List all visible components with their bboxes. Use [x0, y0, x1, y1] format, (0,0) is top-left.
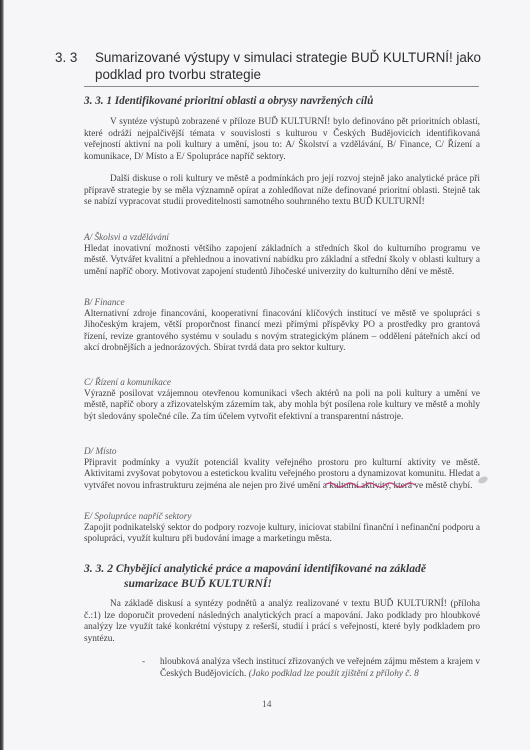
area-e: E/ Spolupráce napříč sektory Zapojit pod…	[84, 511, 480, 546]
subsection-1-title: 3. 3. 1 Identifikované prioritní oblasti…	[84, 94, 484, 109]
paragraph-text: V syntéze výstupů zobrazené v příloze BU…	[84, 117, 480, 162]
subsection-2-title-line1: 3. 3. 2 Chybějící analytické práce a map…	[84, 562, 426, 575]
area-a-text: Hledat inovativní možnosti většího zapoj…	[84, 244, 480, 277]
area-b-title: B/ Finance	[84, 297, 480, 309]
area-b: B/ Finance Alternativní zdroje financová…	[84, 297, 480, 355]
bullet-dash: -	[142, 657, 145, 669]
area-d-text: Připravit podmínky a využít potenciál kv…	[84, 458, 480, 491]
subsection-2-title-line2: sumarizace BUĎ KULTURNÍ!	[84, 577, 480, 592]
area-c-text: Výrazně posilovat vzájemnou otevřenou ko…	[84, 389, 480, 422]
area-d: D/ Místo Připravit podmínky a využít pot…	[84, 446, 480, 492]
area-a-title: A/ Školsvi a vzdělávání	[84, 232, 480, 244]
section-number: 3. 3	[55, 49, 77, 66]
area-c-title: C/ Řízení a komunikace	[84, 377, 480, 389]
area-d-title: D/ Místo	[84, 446, 480, 458]
paragraph-text: Další diskuse o roli kultury ve městě a …	[84, 174, 480, 207]
bullet-note: (Jako podklad lze použít zjištění z příl…	[249, 669, 419, 679]
paragraph-text: Na základě diskusí a syntézy podnětů a a…	[84, 599, 480, 644]
intro-paragraph-1: V syntéze výstupů zobrazené v příloze BU…	[84, 117, 480, 163]
section-heading: 3. 3 Sumarizované výstupy v simulaci str…	[95, 49, 490, 83]
bullet-item: - hloubková analýza všech institucí zřiz…	[160, 657, 480, 680]
intro-paragraph-2: Další diskuse o roli kultury ve městě a …	[84, 174, 480, 209]
area-a: A/ Školsvi a vzdělávání Hledat inovativn…	[84, 232, 480, 278]
heading-divider	[84, 86, 479, 87]
subsection-2-title: 3. 3. 2 Chybějící analytické práce a map…	[84, 562, 480, 591]
page-number: 14	[262, 700, 272, 710]
area-b-text: Alternativní zdroje financování, koopera…	[84, 309, 480, 354]
area-e-text: Zapojit podnikatelský sektor do podpory …	[84, 523, 480, 545]
section-title: Sumarizované výstupy v simulaci strategi…	[95, 50, 481, 82]
area-e-title: E/ Spolupráce napříč sektory	[84, 511, 480, 523]
area-c: C/ Řízení a komunikace Výrazně posilovat…	[84, 377, 480, 423]
spellcheck-underline-icon	[325, 481, 415, 489]
subsection-2-paragraph: Na základě diskusí a syntézy podnětů a a…	[84, 599, 480, 645]
